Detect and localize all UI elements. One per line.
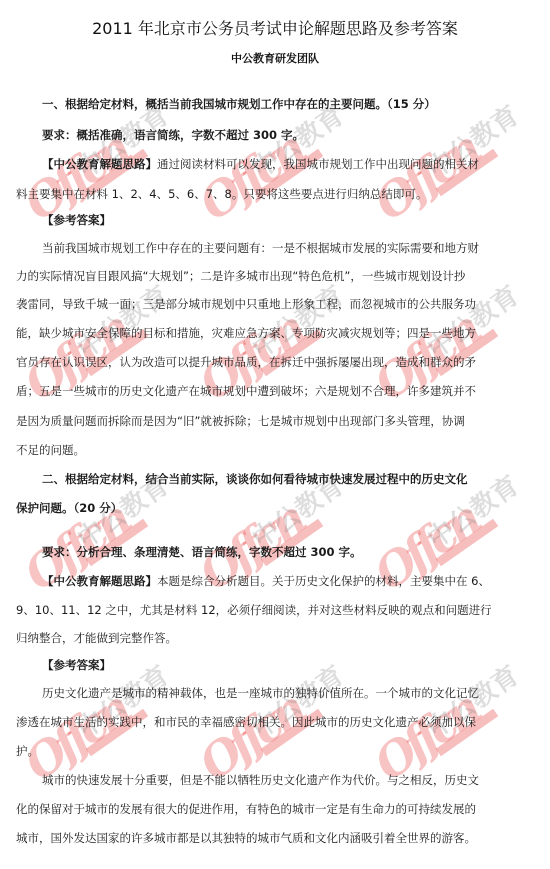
q1-answer-line: 不足的问题。 (16, 442, 536, 458)
document-subtitle: 中公教育研发团队 (0, 51, 550, 67)
q2-answer-line: 历史文化遗产是城市的精神载体，也是一座城市的独特价值所在。一个城市的文化记忆 (42, 685, 550, 701)
document-title: 2011 年北京市公务员考试申论解题思路及参考答案 (0, 18, 550, 40)
q1-approach-cont: 料主要集中在材料 1、2、4、5、6、7、8。只要将这些要点进行归纳总结即可。 (16, 186, 536, 202)
q2-approach-cont: 9、10、11、12 之中，尤其是材料 12，必须仔细阅读，并对这些材料反映的观… (16, 602, 536, 618)
q1-approach-text: 通过阅读材料可以发现，我国城市规划工作中出现问题的相关材 (157, 157, 479, 171)
q1-answer-line: 袭雷同，导致千城一面；三是部分城市规划中只重地上形象工程，而忽视城市的公共服务功 (16, 296, 536, 312)
q1-requirement: 要求：概括准确，语言简练，字数不超过 300 字。 (42, 127, 550, 143)
watermark-text: 中公教育 (419, 276, 525, 366)
q2-answer-line: 化的保留对于城市的发展有很大的促进作用，有特色的城市一定是有生命力的可持续发展的 (16, 801, 536, 817)
q1-question: 一、根据给定材料，概括当前我国城市规划工作中存在的主要问题。（15 分） (42, 96, 550, 112)
watermark-text: 中公教育 (69, 276, 175, 366)
q1-answer-line: 盾；五是一些城市的历史文化遗产在城市规划中遭到破坏；六是规划不合理，许多建筑并不 (16, 383, 536, 399)
q2-answer-line: 城市的快速发展十分重要，但是不能以牺牲历史文化遗产作为代价。与之相反，历史文 (42, 772, 550, 788)
q1-answer-line: 是因为质量问题而拆除而是因为“旧”就被拆除；七是城市规划中出现部门多头管理，协调 (16, 413, 536, 429)
q2-answer-line: 渗透在城市生活的实践中，和市民的幸福感密切相关。因此城市的历史文化遗产必须加以保 (16, 714, 536, 730)
q1-answer-line: 官员存在认识误区，认为改造可以提升城市品质，在拆迁中强拆屡屡出现，造成和群众的矛 (16, 354, 536, 370)
q2-answer-line: 城市，国外发达国家的许多城市都是以其独特的城市气质和文化内涵吸引着全世界的游客。 (16, 830, 536, 846)
q1-approach-label: 【中公教育解题思路】 (42, 157, 157, 171)
q2-question-cont: 保护问题。（20 分） (16, 500, 536, 516)
q1-approach: 【中公教育解题思路】通过阅读材料可以发现，我国城市规划工作中出现问题的相关材 (42, 156, 550, 172)
q2-approach-label: 【中公教育解题思路】 (42, 574, 157, 588)
q2-question: 二、根据给定材料，结合当前实际，谈谈你如何看待城市快速发展过程中的历史文化 (42, 471, 550, 487)
q2-approach-text: 本题是综合分析题目。关于历史文化保护的材料，主要集中在 6、 (157, 574, 490, 588)
watermark-text: 中公教育 (244, 276, 350, 366)
q2-answer-label: 【参考答案】 (42, 657, 550, 673)
q2-approach: 【中公教育解题思路】本题是综合分析题目。关于历史文化保护的材料，主要集中在 6、 (42, 573, 550, 589)
q1-answer-line: 当前我国城市规划工作中存在的主要问题有：一是不根据城市发展的实际需要和地方财 (42, 240, 550, 256)
q2-requirement: 要求：分析合理、条理清楚、语言简练，字数不超过 300 字。 (42, 544, 550, 560)
q2-approach-cont: 归纳整合，才能做到完整作答。 (16, 630, 536, 646)
q2-answer-line: 护。 (16, 743, 536, 759)
q1-answer-line: 能，缺少城市安全保障的目标和措施，灾难应急方案、专项防灾减灾规划等；四是一些地方 (16, 325, 536, 341)
q1-answer-line: 力的实际情况盲目跟风搞“大规划”；二是许多城市出现“特色危机”，一些城市规划设计… (16, 268, 536, 284)
q1-answer-label: 【参考答案】 (42, 212, 550, 228)
